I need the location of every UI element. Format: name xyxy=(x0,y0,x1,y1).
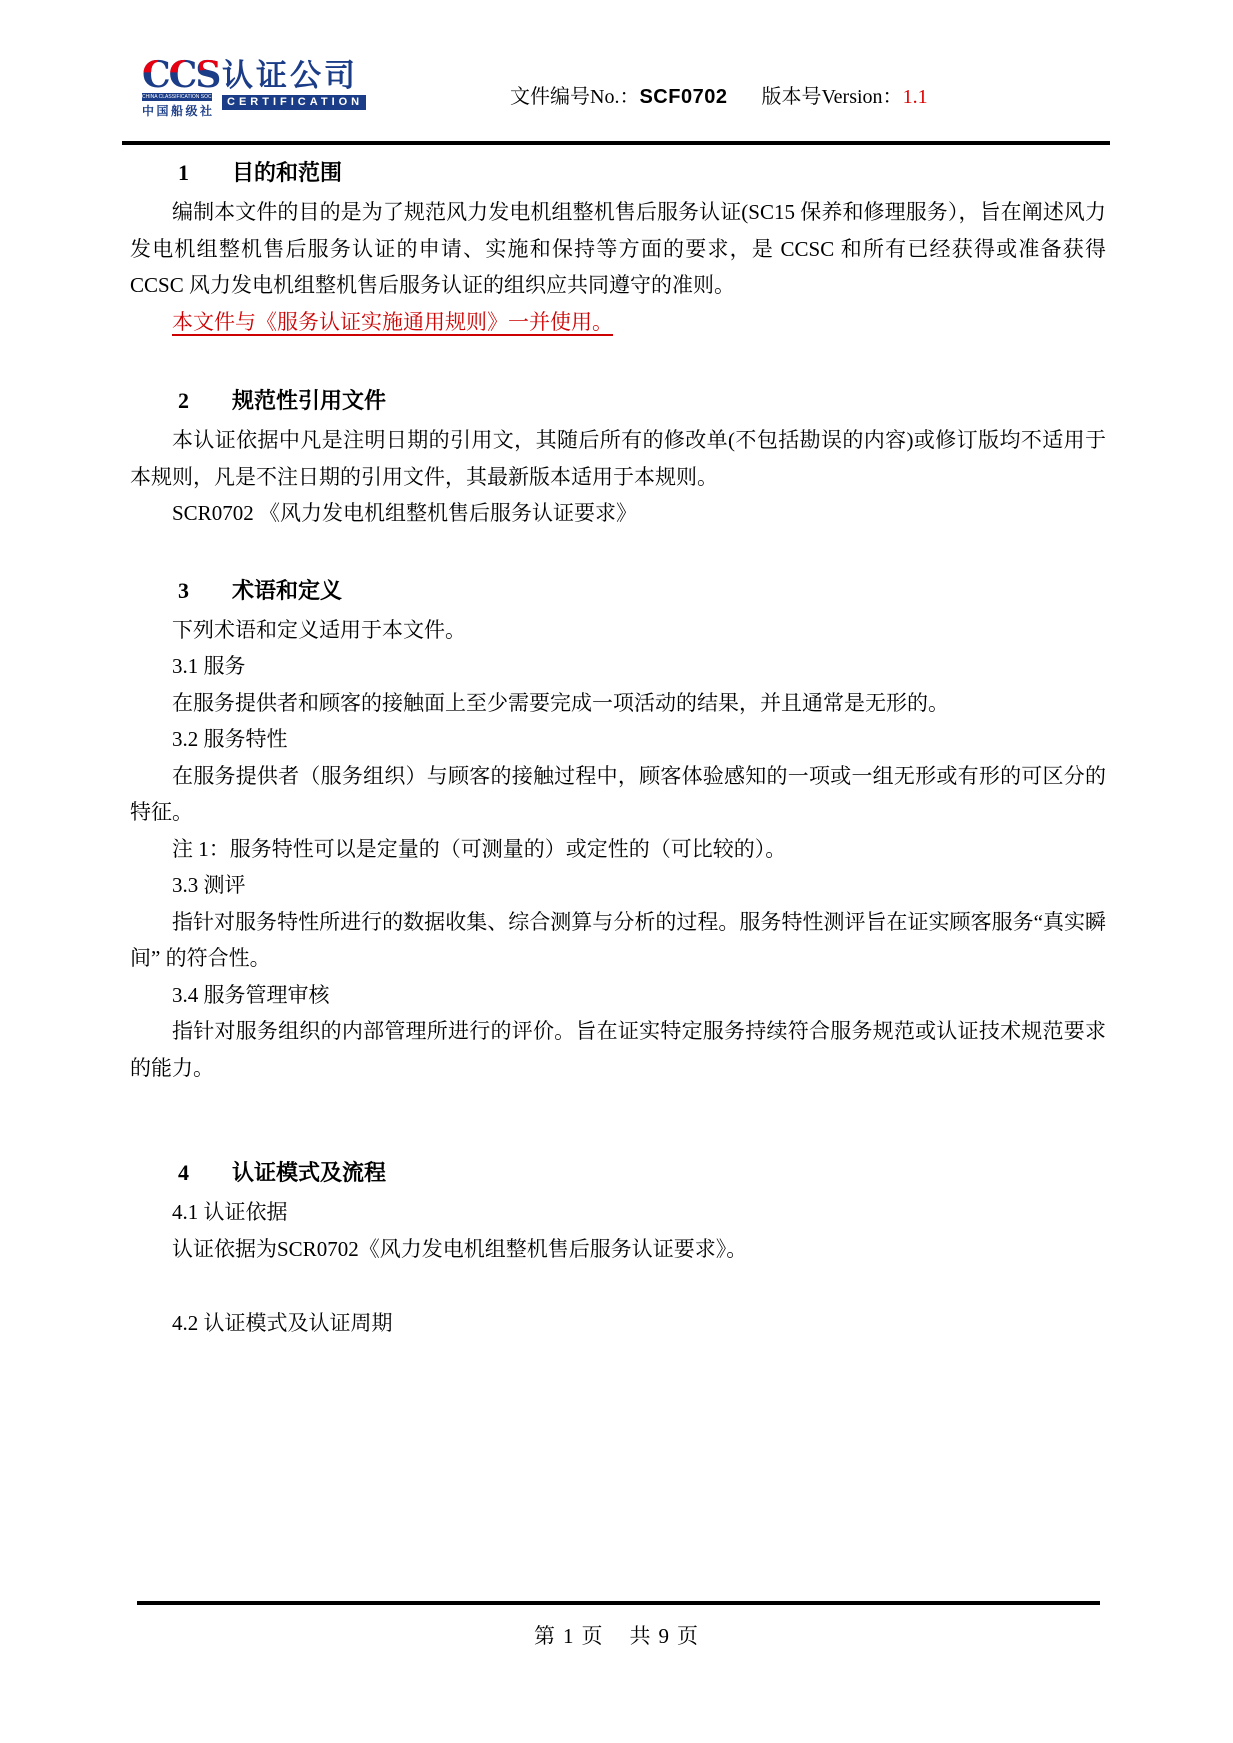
doc-no-value: SCF0702 xyxy=(639,86,727,108)
section-2-title: 规范性引用文件 xyxy=(232,388,386,413)
society-name-cn: 中国船级社 xyxy=(142,102,212,119)
version-label: 版本号Version： xyxy=(761,86,902,108)
ccs-logo-right: 认证公司 CERTIFICATION xyxy=(222,60,366,119)
ccs-letter-c1: C xyxy=(142,60,169,91)
term-3-3-heading: 3.3 测评 xyxy=(130,867,1106,904)
document-info: 文件编号No.：SCF0702版本号Version：1.1 xyxy=(510,80,928,109)
footer-divider xyxy=(137,1601,1100,1605)
footer-page-label-1: 页 xyxy=(582,1624,604,1648)
section-3-heading: 3术语和定义 xyxy=(130,576,1106,606)
ccs-logo: CCS CHINA CLASSIFICATION SOCIETY 中国船级社 认… xyxy=(142,60,366,119)
footer-prefix: 第 xyxy=(534,1624,556,1648)
clause-4-1-text: 认证依据为SCR0702《风力发电机组整机售后服务认证要求》。 xyxy=(130,1231,1106,1268)
term-3-3-definition: 指针对服务特性所进行的数据收集、综合测算与分析的过程。服务特性测评旨在证实顾客服… xyxy=(130,904,1106,977)
section-1-red-note: 本文件与《服务认证实施通用规则》一并使用。 xyxy=(130,304,1106,341)
section-3-number: 3 xyxy=(178,576,232,606)
ccs-logo-letters: CCS xyxy=(142,60,212,91)
document-page: CCS CHINA CLASSIFICATION SOCIETY 中国船级社 认… xyxy=(0,0,1233,1743)
section-1-title: 目的和范围 xyxy=(232,160,342,185)
version-value: 1.1 xyxy=(903,86,928,108)
header-divider xyxy=(122,141,1110,145)
ccs-letter-s: S xyxy=(195,60,219,91)
company-name-cn: 认证公司 xyxy=(222,60,366,92)
footer-total-label: 共 xyxy=(630,1624,652,1648)
clause-4-2-heading: 4.2 认证模式及认证周期 xyxy=(130,1305,1106,1342)
section-2-heading: 2规范性引用文件 xyxy=(130,386,1106,416)
term-3-1-heading: 3.1 服务 xyxy=(130,648,1106,685)
section-2-reference: SCR0702 《风力发电机组整机售后服务认证要求》 xyxy=(130,495,1106,532)
section-3-intro: 下列术语和定义适用于本文件。 xyxy=(130,612,1106,649)
section-1-heading: 1目的和范围 xyxy=(130,158,1106,188)
term-3-1-definition: 在服务提供者和顾客的接触面上至少需要完成一项活动的结果，并且通常是无形的。 xyxy=(130,685,1106,722)
term-3-2-heading: 3.2 服务特性 xyxy=(130,721,1106,758)
section-4-heading: 4认证模式及流程 xyxy=(130,1158,1106,1188)
section-2-number: 2 xyxy=(178,386,232,416)
term-3-4-heading: 3.4 服务管理审核 xyxy=(130,977,1106,1014)
document-body: 1目的和范围 编制本文件的目的是为了规范风力发电机组整机售后服务认证(SC15 … xyxy=(130,150,1106,1342)
certification-banner: CERTIFICATION xyxy=(222,95,366,110)
section-4-number: 4 xyxy=(178,1158,232,1188)
doc-no-label: 文件编号No.： xyxy=(510,86,639,108)
section-2-paragraph: 本认证依据中凡是注明日期的引用文，其随后所有的修改单(不包括勘误的内容)或修订版… xyxy=(130,422,1106,495)
section-3-title: 术语和定义 xyxy=(232,578,342,603)
clause-4-1-heading: 4.1 认证依据 xyxy=(130,1194,1106,1231)
term-3-2-note: 注 1：服务特性可以是定量的（可测量的）或定性的（可比较的）。 xyxy=(130,831,1106,868)
ccs-logo-left: CCS CHINA CLASSIFICATION SOCIETY 中国船级社 xyxy=(142,60,212,119)
term-3-2-definition: 在服务提供者（服务组织）与顾客的接触过程中，顾客体验感知的一项或一组无形或有形的… xyxy=(130,758,1106,831)
ccs-letter-c2: C xyxy=(169,60,196,91)
section-1-paragraph: 编制本文件的目的是为了规范风力发电机组整机售后服务认证(SC15 保养和修理服务… xyxy=(130,194,1106,304)
term-3-4-definition: 指针对服务组织的内部管理所进行的评价。旨在证实特定服务持续符合服务规范或认证技术… xyxy=(130,1013,1106,1086)
section-4-title: 认证模式及流程 xyxy=(232,1160,386,1185)
page-number: 第1页共9页 xyxy=(0,1620,1233,1650)
section-1-number: 1 xyxy=(178,158,232,188)
current-page-number: 1 xyxy=(563,1624,575,1648)
total-page-number: 9 xyxy=(659,1624,671,1648)
footer-page-label-2: 页 xyxy=(677,1624,699,1648)
